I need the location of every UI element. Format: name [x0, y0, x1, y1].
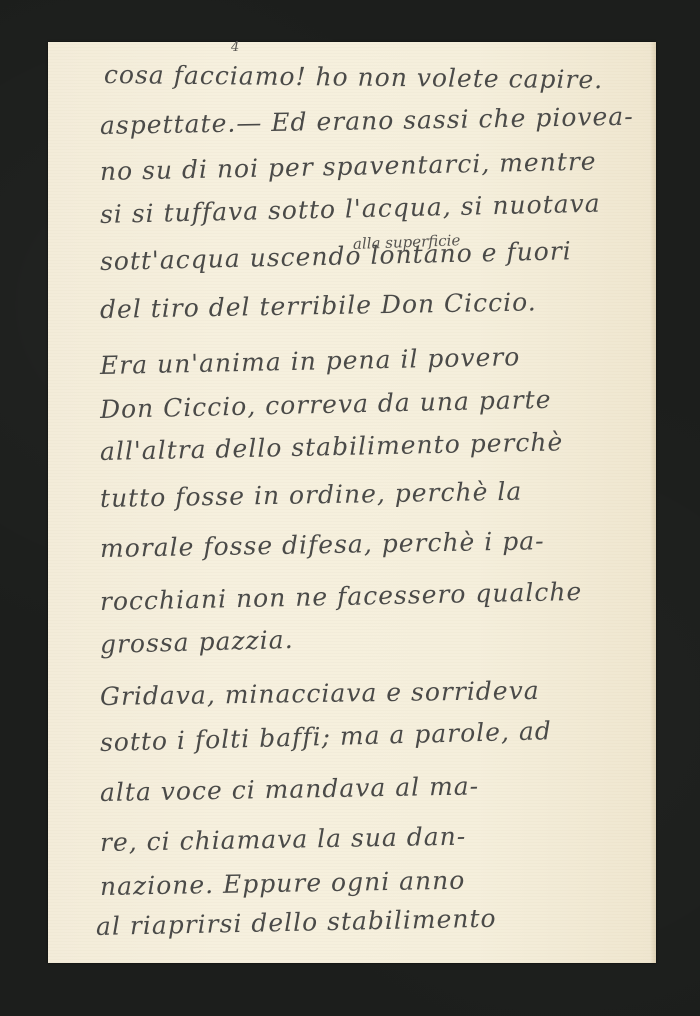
handwritten-line: aspettate.— Ed erano sassi che piovea-	[100, 102, 634, 140]
handwritten-line: all'altra dello stabilimento perchè	[100, 427, 564, 466]
handwritten-line: no su di noi per spaventarci, mentre	[100, 147, 597, 186]
handwritten-line: Gridava, minacciava e sorrideva	[100, 676, 540, 711]
handwritten-line: nazione. Eppure ogni anno	[100, 866, 466, 901]
handwritten-line: al riaprirsi dello stabilimento	[96, 904, 497, 941]
handwritten-line: cosa facciamo! ho non volete capire.	[104, 60, 603, 94]
handwritten-line: Don Ciccio, correva da una parte	[100, 385, 552, 424]
letter-page: 4 cosa facciamo! ho non volete capire. a…	[48, 42, 656, 963]
handwritten-line: rocchiani non ne facessero qualche	[100, 577, 583, 616]
handwritten-line: sott'acqua uscendo lontano e fuori	[100, 236, 572, 276]
handwritten-line: morale fosse difesa, perchè i pa-	[100, 526, 545, 563]
handwritten-line: alta voce ci mandava al ma-	[100, 771, 480, 807]
handwritten-line: re, ci chiamava la sua dan-	[100, 822, 467, 857]
handwritten-line: grossa pazzia.	[100, 625, 294, 659]
handwritten-line: tutto fosse in ordine, perchè la	[100, 477, 523, 513]
handwritten-line: del tiro del terribile Don Ciccio.	[100, 287, 537, 324]
handwritten-line: sotto i folti baffi; ma a parole, ad	[100, 716, 553, 757]
handwritten-line: Era un'anima in pena il povero	[100, 342, 521, 380]
superscript-mark: 4	[231, 40, 239, 55]
handwritten-line: si si tuffava sotto l'acqua, si nuotava	[100, 189, 601, 229]
